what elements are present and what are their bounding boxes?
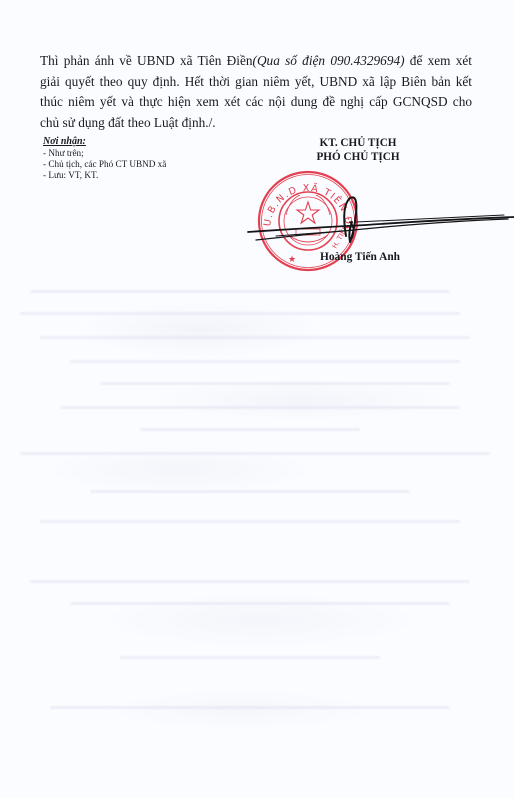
signature-title-block: KT. CHỦ TỊCH PHÓ CHỦ TỊCH <box>300 137 416 164</box>
body-line-2: giải quyết theo quy định. Hết thời gian … <box>40 72 472 93</box>
bleed-through <box>90 490 410 493</box>
bleed-through <box>40 336 470 339</box>
bleed-through <box>100 382 450 385</box>
signature-title-line2: PHÓ CHỦ TỊCH <box>300 151 416 165</box>
recipient-item: - Chủ tịch, các Phó CT UBND xã <box>43 159 166 170</box>
bleed-through <box>40 520 460 523</box>
recipients-list: Nơi nhận: - Như trên; - Chủ tịch, các Ph… <box>43 136 166 181</box>
signer-name: Hoàng Tiến Anh <box>305 251 415 263</box>
bleed-through <box>20 452 490 455</box>
bleed-through <box>30 290 450 293</box>
bleed-through <box>140 428 360 431</box>
recipients-title: Nơi nhận: <box>43 136 166 148</box>
body-line-3: thúc niêm yết và thực hiện xem xét các n… <box>40 92 472 113</box>
recipient-item: - Lưu: VT, KT. <box>43 170 166 181</box>
body-paragraph: Thì phản ánh về UBND xã Tiên Điền(Qua số… <box>40 51 472 133</box>
svg-text:★: ★ <box>288 255 296 265</box>
handwritten-signature <box>246 192 514 248</box>
bleed-through <box>70 360 460 363</box>
body-line-4: chủ sử dụng đất theo Luật định./. <box>40 113 472 134</box>
bleed-through <box>20 312 460 315</box>
bleed-through <box>60 406 460 409</box>
bleed-through <box>70 602 450 605</box>
bleed-through <box>50 706 450 709</box>
bleed-through <box>30 580 470 583</box>
body-line-1: Thì phản ánh về UBND xã Tiên Điền(Qua số… <box>40 51 472 72</box>
signature-title-line1: KT. CHỦ TỊCH <box>300 137 416 151</box>
recipient-item: - Như trên; <box>43 148 166 159</box>
phone-note: (Qua số điện 090.4329694) <box>253 53 405 68</box>
bleed-through <box>120 656 380 659</box>
